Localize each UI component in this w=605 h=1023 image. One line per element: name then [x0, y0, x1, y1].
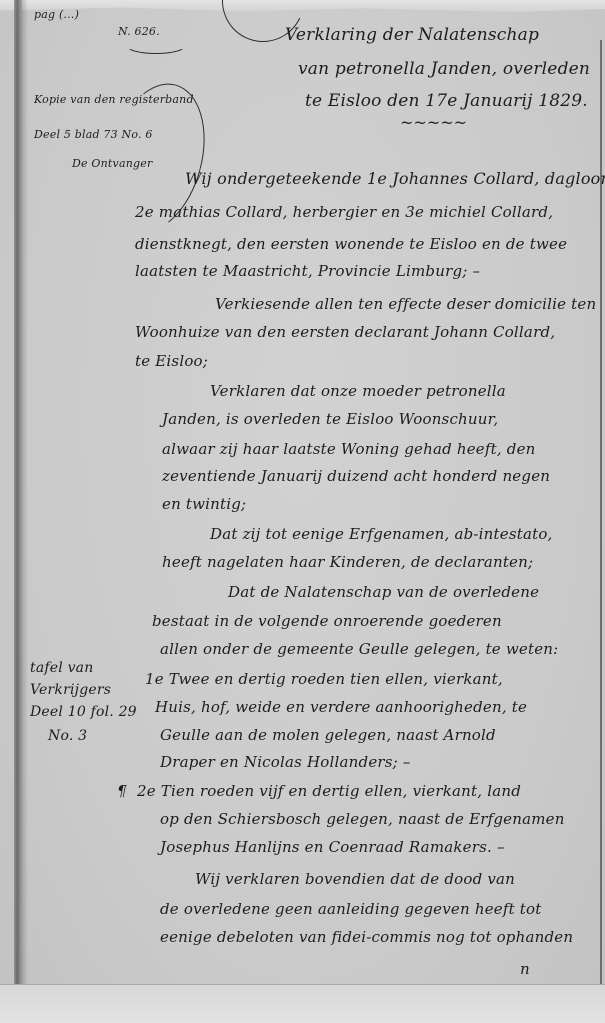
- body-line-1: Wij ondergeteekende 1e Johannes Collard,…: [185, 170, 605, 188]
- margin-table-line-1: tafel van: [30, 660, 93, 677]
- body-line-8: Verklaren dat onze moeder petronella: [210, 382, 506, 400]
- body-line-7: te Eisloo;: [135, 352, 208, 370]
- title-line-1: Verklaring der Nalatenschap: [285, 26, 539, 44]
- body-line-21: Draper en Nicolas Hollanders; –: [160, 753, 411, 771]
- body-line-22: 2e Tien roeden vijf en dertig ellen, vie…: [137, 782, 521, 800]
- body-line-15: Dat de Nalatenschap van de overledene: [228, 583, 539, 601]
- body-line-19: Huis, hof, weide en verdere aanhoorighed…: [155, 698, 527, 716]
- header-scribble: pag (…): [34, 8, 79, 21]
- body-line-17: allen onder de gemeente Geulle gelegen, …: [160, 640, 558, 658]
- body-line-10: alwaar zij haar laatste Woning gehad hee…: [162, 440, 536, 458]
- body-line-26: de overledene geen aanleiding gegeven he…: [160, 900, 541, 918]
- body-line-20: Geulle aan de molen gelegen, naast Arnol…: [160, 726, 496, 744]
- item-2-marker: ¶: [117, 782, 127, 800]
- body-line-23: op den Schiersbosch gelegen, naast de Er…: [160, 810, 565, 828]
- body-line-27: eenige debeloten van fidei-commis nog to…: [160, 928, 573, 946]
- body-line-25: Wij verklaren bovendien dat de dood van: [195, 870, 515, 888]
- body-line-12: en twintig;: [162, 495, 246, 513]
- body-line-18: 1e Twee en dertig roeden tien ellen, vie…: [145, 670, 503, 688]
- catchword: n: [520, 960, 530, 978]
- reference-flourish: [125, 36, 187, 54]
- margin-table-line-2: Verkrijgers: [30, 682, 111, 699]
- margin-table-line-4: No. 3: [48, 728, 87, 745]
- body-line-9: Janden, is overleden te Eisloo Woonschuu…: [162, 410, 498, 428]
- body-line-3: dienstknegt, den eersten wonende te Eisl…: [135, 235, 567, 253]
- body-line-2: 2e mathias Collard, herbergier en 3e mic…: [135, 203, 553, 221]
- document-page: pag (…) N. 626. Verklaring der Nalatensc…: [0, 0, 605, 1023]
- body-line-24: Josephus Hanlijns en Coenraad Ramakers. …: [160, 838, 505, 856]
- body-line-16: bestaat in de volgende onroerende goeder…: [152, 612, 502, 630]
- body-line-4: laatsten te Maastricht, Provincie Limbur…: [135, 262, 480, 280]
- title-underline-squiggle: ~~~~~: [400, 113, 467, 132]
- body-line-5: Verkiesende allen ten effecte deser domi…: [215, 295, 596, 313]
- torn-bottom-edge: [0, 984, 605, 1023]
- body-line-11: zeventiende Januarij duizend acht honder…: [162, 467, 550, 485]
- binding-shadow: [22, 0, 28, 1023]
- title-line-3: te Eisloo den 17e Januarij 1829.: [305, 92, 588, 110]
- body-line-14: heeft nagelaten haar Kinderen, de declar…: [162, 553, 533, 571]
- title-line-2: van petronella Janden, overleden: [298, 60, 590, 78]
- body-line-6: Woonhuize van den eersten declarant Joha…: [135, 323, 555, 341]
- body-line-13: Dat zij tot eenige Erfgenamen, ab-intest…: [210, 525, 553, 543]
- binding-margin: [14, 0, 22, 1023]
- margin-table-line-3: Deel 10 fol. 29: [30, 704, 137, 721]
